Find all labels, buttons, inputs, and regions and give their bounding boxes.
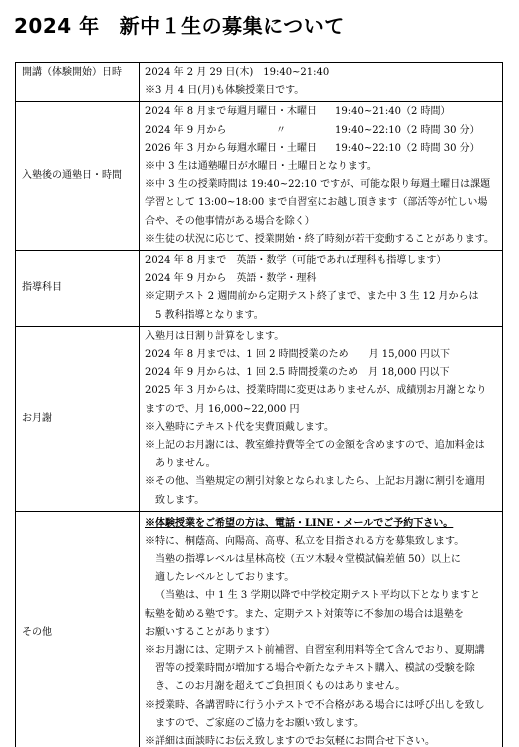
table-row-schedule: 入塾後の通塾日・時間 2024 年 8 月まで毎週月曜日・木曜日19:40~21…: [16, 102, 503, 251]
table-row-start-date: 開講（体験開始）日時 2024 年 2 月 29 日(木) 19:40~21:4…: [16, 63, 503, 102]
text-line: （当塾は、中 1 生 3 学期以降で中学校定期テスト平均以下となりますと: [145, 587, 499, 605]
note-line: ※中 3 生は通塾曜日が水曜日・土曜日となります。: [145, 158, 499, 176]
text-line: き、このお月謝を超えてご負担頂くものはありません。: [145, 678, 499, 696]
row-label: 指導科目: [16, 251, 140, 327]
note-line: 合や、その他事情がある場合を除く）: [145, 213, 499, 231]
table-row-subjects: 指導科目 2024 年 8 月まで 英語・数学（可能であれば理科も指導します） …: [16, 251, 503, 327]
note-line: ※生徒の状況に応じて、授業開始・終了時刻が若干変動することがあります。: [145, 231, 499, 249]
page-title: 2024 年新中１生の募集について: [14, 10, 345, 39]
schedule-line: 2026 年 3 月から毎週水曜日・土曜日19:40~22:10（2 時間 30…: [145, 140, 499, 158]
text-line: 適したレベルとしております。: [145, 569, 499, 587]
text-line: 2024 年 2 月 29 日(木) 19:40~21:40: [145, 64, 499, 82]
text-line: 習等の授業時間が増加する場合や新たなテキスト購入、模試の受験を除: [145, 660, 499, 678]
row-content: 2024 年 8 月まで 英語・数学（可能であれば理科も指導します） 2024 …: [140, 251, 503, 327]
text-line: ※入塾時にテキスト代を実費頂戴します。: [145, 419, 499, 437]
text-line: 2025 年 3 月からは、授業時間に変更はありませんが、成績別お月謝となり: [145, 382, 499, 400]
schedule-line: 2024 年 8 月まで毎週月曜日・木曜日19:40~21:40（2 時間）: [145, 103, 499, 121]
trial-reservation-notice: ※体験授業をご希望の方は、電話・LINE・メールでご予約下さい。: [145, 515, 499, 533]
text-line: ますので、ご家庭のご協力をお願い致します。: [145, 715, 499, 733]
text-line: 2024 年 9 月からは、1 回 2.5 時間授業のため 月 18,000 円…: [145, 364, 499, 382]
row-label: 開講（体験開始）日時: [16, 63, 140, 102]
row-content: ※体験授業をご希望の方は、電話・LINE・メールでご予約下さい。 ※特に、桐蔭高…: [140, 511, 503, 747]
text-line: ありません。: [145, 455, 499, 473]
row-content: 入塾月は日割り計算をします。 2024 年 8 月までは、1 回 2 時間授業の…: [140, 326, 503, 511]
text-line: 2024 年 9 月から 英語・数学・理科: [145, 270, 499, 288]
text-line: 転塾を勧める塾です。また、定期テスト対策等に不参加の場合は退塾を: [145, 606, 499, 624]
title-main: 新中１生の募集について: [120, 14, 345, 38]
text-line: ※3 月 4 日(月)も体験授業日です。: [145, 82, 499, 100]
text-line: 5 教科指導となります。: [145, 307, 499, 325]
row-content: 2024 年 8 月まで毎週月曜日・木曜日19:40~21:40（2 時間） 2…: [140, 102, 503, 251]
text-line: 2024 年 8 月まで 英語・数学（可能であれば理科も指導します）: [145, 252, 499, 270]
text-line: ※定期テスト 2 週間前から定期テスト終了まで、また中 3 生 12 月からは: [145, 288, 499, 306]
row-label: お月謝: [16, 326, 140, 511]
text-line: ※その他、当塾規定の割引対象となられましたら、上記お月謝に割引を適用: [145, 473, 499, 491]
note-line: 学習として 13:00~18:00 まで自習室にお越し頂きます（部活等が忙しい場: [145, 194, 499, 212]
recruitment-info-table: 開講（体験開始）日時 2024 年 2 月 29 日(木) 19:40~21:4…: [15, 62, 503, 747]
text-line: 2024 年 8 月までは、1 回 2 時間授業のため 月 15,000 円以下: [145, 346, 499, 364]
text-line: ※お月謝には、定期テスト前補習、自習室利用料等全て含んでおり、夏期講: [145, 642, 499, 660]
text-line: ※詳細は面談時にお伝え致しますのでお気軽にお問合せ下さい。: [145, 733, 499, 747]
schedule-line: 2024 年 9 月から〃19:40~22:10（2 時間 30 分）: [145, 122, 499, 140]
text-line: ますので、月 16,000~22,000 円: [145, 401, 499, 419]
text-line: 致します。: [145, 492, 499, 510]
text-line: お願いすることがあります）: [145, 624, 499, 642]
text-line: ※上記のお月謝には、教室維持費等全ての金額を含めますので、追加料金は: [145, 437, 499, 455]
row-content: 2024 年 2 月 29 日(木) 19:40~21:40 ※3 月 4 日(…: [140, 63, 503, 102]
text-line: ※特に、桐蔭高、向陽高、高専、私立を目指される方を募集致します。: [145, 533, 499, 551]
row-label: 入塾後の通塾日・時間: [16, 102, 140, 251]
text-line: 当塾の指導レベルは星林高校（五ツ木駸々堂模試偏差値 50）以上に: [145, 551, 499, 569]
note-line: ※中 3 生の授業時間は 19:40~22:10 ですが、可能な限り毎週土曜日は…: [145, 176, 499, 194]
text-line: ※授業時、各講習時に行う小テストで不合格がある場合には呼び出しを致し: [145, 697, 499, 715]
table-row-other: その他 ※体験授業をご希望の方は、電話・LINE・メールでご予約下さい。 ※特に…: [16, 511, 503, 747]
table-row-tuition: お月謝 入塾月は日割り計算をします。 2024 年 8 月までは、1 回 2 時…: [16, 326, 503, 511]
title-year: 2024 年: [14, 14, 100, 38]
row-label: その他: [16, 511, 140, 747]
text-line: 入塾月は日割り計算をします。: [145, 328, 499, 346]
